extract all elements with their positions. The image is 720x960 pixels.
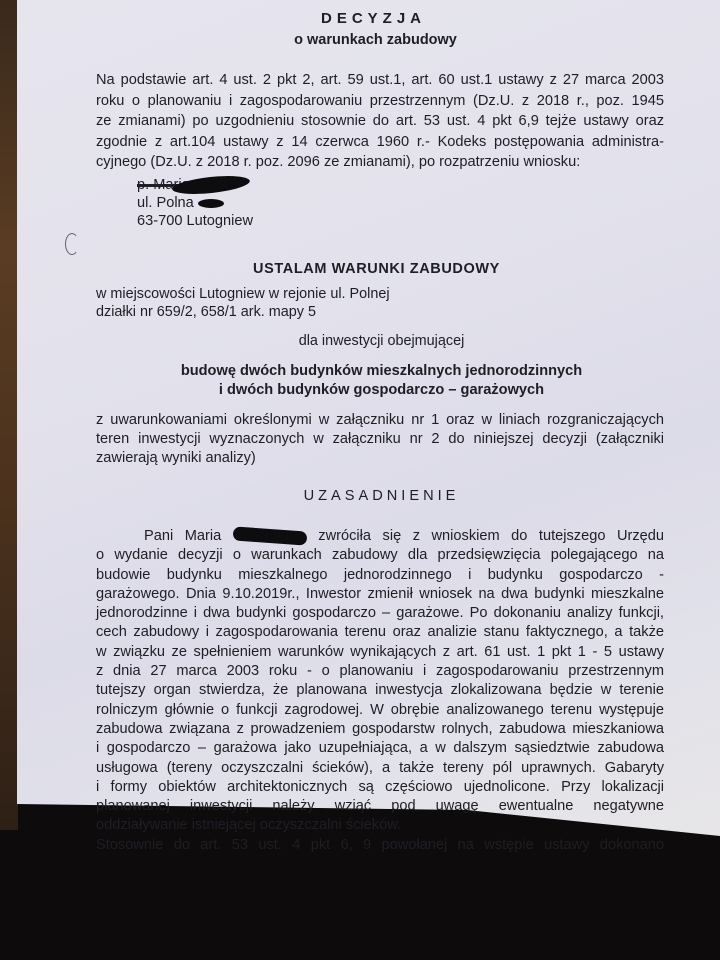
text-line: zawierają wyniki analizy): [96, 449, 664, 468]
scope-line: i dwóch budynków gospodarczo – garażowyc…: [43, 381, 720, 400]
recipient-city: 63-700 Lutogniew: [137, 212, 253, 230]
text-line: zgodnie z art.104 ustawy z 14 czerwca 19…: [96, 132, 664, 153]
text-line: Na podstawie art. 4 ust. 2 pkt 2, art. 5…: [96, 70, 664, 91]
location-line: w miejscowości Lutogniew w rejonie ul. P…: [96, 285, 390, 303]
table-surface: [0, 0, 18, 830]
investment-scope: budowę dwóch budynków mieszkalnych jedno…: [17, 362, 720, 400]
text-line: Stosownie do art. 53 ust. 4 pkt 6, 9 pow…: [96, 836, 664, 855]
recipient-street-line: ul. Polna: [137, 194, 253, 212]
scope-line: budowę dwóch budynków mieszkalnych jedno…: [43, 362, 720, 381]
recipient-address: p. Maria ul. Polna 63-700 Lutogniew: [137, 176, 253, 230]
text-line: cyjnego (Dz.U. z 2018 r. poz. 2096 ze zm…: [96, 152, 664, 173]
redaction-mark: [232, 527, 307, 546]
text-line: z uwarunkowaniami określonymi w załączni…: [96, 411, 664, 430]
document-title: DECYZJA: [17, 10, 720, 27]
punch-hole-mark: [65, 233, 79, 255]
justification-paragraph: Pani Maria zwróciła się z wnioskiem do t…: [96, 527, 664, 855]
document-page: DECYZJA o warunkach zabudowy Na podstawi…: [17, 0, 720, 830]
text-line: tutejszy organ stwierdza, że planowana i…: [96, 681, 664, 700]
text-line: budowie budynku mieszkalnego jednorodzin…: [96, 566, 664, 585]
text-line: garażowego. Dnia 9.10.2019r., Inwestor z…: [96, 585, 664, 604]
legal-basis-paragraph: Na podstawie art. 4 ust. 2 pkt 2, art. 5…: [96, 70, 664, 173]
text-line: oddziaływanie istniejącej oczyszczalni ś…: [96, 816, 664, 835]
text-line: z dnia 27 marca 2003 roku - o planowaniu…: [96, 662, 664, 681]
text-line: rolniczym głównie o funkcji zagrodowej. …: [96, 701, 664, 720]
text-line: o wydanie decyzji o warunkach zabudowy d…: [96, 546, 664, 565]
location-block: w miejscowości Lutogniew w rejonie ul. P…: [96, 285, 390, 321]
text-line: ze zmianami) po uzgodnieniu stosownie do…: [96, 111, 664, 132]
text-line: planowanej inwestycji należy wziąć pod u…: [96, 797, 664, 816]
investment-intro: dla inwestycji obejmującej: [17, 333, 720, 349]
text-line: teren inwestycji wyznaczonych w załączni…: [96, 430, 664, 449]
redaction-mark: [198, 199, 224, 208]
recipient-street: ul. Polna: [137, 195, 194, 211]
text-line: usługowa (tereny oczyszczalni ścieków), …: [96, 759, 664, 778]
parcel-line: działki nr 659/2, 658/1 ark. mapy 5: [96, 303, 390, 321]
justification-heading: UZASADNIENIE: [17, 488, 720, 504]
text-line: w związku ze spełnieniem warunków wynika…: [96, 643, 664, 662]
decision-heading: USTALAM WARUNKI ZABUDOWY: [17, 261, 720, 277]
text-line: i formy obiektów architektonicznych są c…: [96, 778, 664, 797]
text-line: Pani Maria zwróciła się z wnioskiem do t…: [96, 527, 664, 546]
text-line: zabudowa związana z prowadzeniem gospoda…: [96, 720, 664, 739]
conditions-paragraph: z uwarunkowaniami określonymi w załączni…: [96, 411, 664, 468]
text-line: cech zabudowy i zagospodarowania terenu …: [96, 623, 664, 642]
text-line: jednorodzinne i dwa budynki gospodarczo …: [96, 604, 664, 623]
document-subtitle: o warunkach zabudowy: [17, 32, 720, 48]
applicant-name: Pani Maria: [144, 528, 221, 544]
text-line: i gospodarczo – garażowa jako uzupełniaj…: [96, 739, 664, 758]
text-line: roku o planowaniu i zagospodarowaniu prz…: [96, 91, 664, 112]
recipient-name-line: p. Maria: [137, 176, 253, 194]
